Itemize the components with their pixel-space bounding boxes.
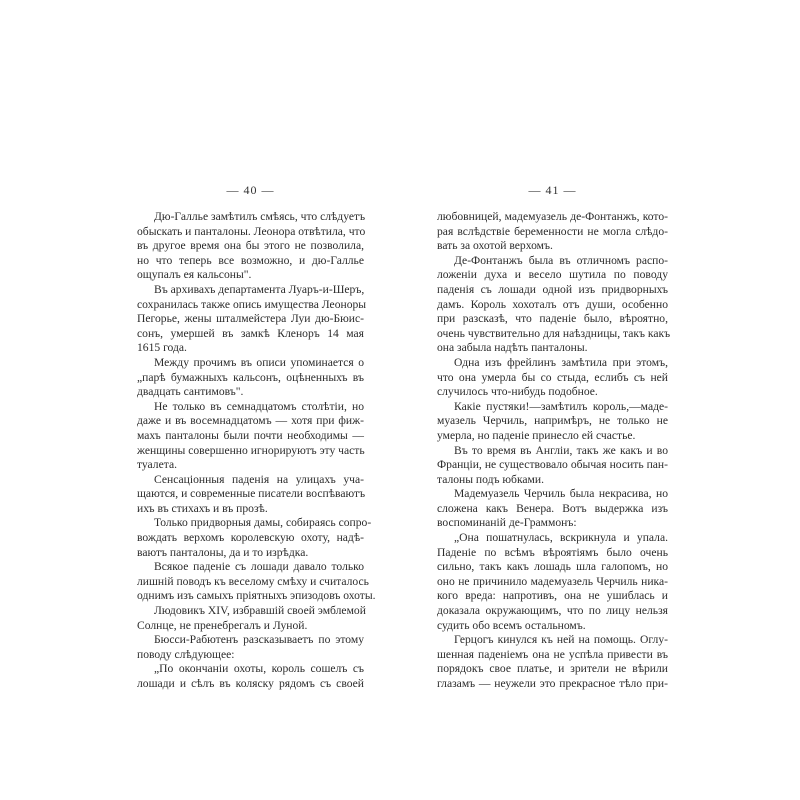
text-line: Только придворныя дамы, собираясь сопро- bbox=[137, 516, 364, 531]
text-line: любовницей, мадемуазель де-Фонтанжъ, кот… bbox=[437, 210, 668, 225]
text-line: Въ архивахъ департамента Луаръ-и-Шеръ, bbox=[137, 283, 364, 298]
text-line: вать за охотой верхомъ. bbox=[437, 239, 668, 254]
text-line: сонъ, умершей въ замкѣ Кленоръ 14 мая bbox=[137, 327, 364, 342]
text-line: однимъ изъ самыхъ пріятныхъ эпизодовъ ох… bbox=[137, 589, 364, 604]
text-line: „парѣ бумажныхъ кальсонъ, оцѣненныхъ въ bbox=[137, 371, 364, 386]
text-line: рая вслѣдствіе беременности не могла слѣ… bbox=[437, 225, 668, 240]
text-line: въ другое время она бы этого не позволил… bbox=[137, 239, 364, 254]
text-line: Въ то время въ Англіи, такъ же какъ и во bbox=[437, 444, 668, 459]
text-line: талоны подъ юбками. bbox=[437, 473, 668, 488]
text-line: женщины совершенно игнорируютъ эту часть bbox=[137, 444, 364, 459]
page-body: Дю-Галлье замѣтилъ смѣясь, что слѣдуетъо… bbox=[137, 210, 364, 692]
text-line: двадцать сантимовъ". bbox=[137, 385, 364, 400]
text-line: сильно, такъ какъ лошадь шла галопомъ, н… bbox=[437, 560, 668, 575]
page-number: — 40 — bbox=[137, 183, 364, 198]
text-line: Солнце, не пренебрегалъ и Луной. bbox=[137, 619, 364, 634]
text-line: щаются, и современные писатели воспѣвают… bbox=[137, 487, 364, 502]
text-line: при разсказѣ, что паденіе было, вѣроятно… bbox=[437, 312, 668, 327]
text-line: 1615 года. bbox=[137, 341, 364, 356]
text-line: ваютъ панталоны, да и то изрѣдка. bbox=[137, 546, 364, 561]
text-line: ощупалъ ея кальсоны". bbox=[137, 268, 364, 283]
text-line: даже и въ восемнадцатомъ — хотя при фиж- bbox=[137, 414, 364, 429]
text-line: но что теперь все возможно, и дю-Галлье bbox=[137, 254, 364, 269]
text-line: Пегорье, жены шталмейстера Луи дю-Бюис- bbox=[137, 312, 364, 327]
text-line: Не только въ семнадцатомъ столѣтіи, но bbox=[137, 400, 364, 415]
text-line: Между прочимъ въ описи упоминается о bbox=[137, 356, 364, 371]
text-line: Бюсси-Рабютенъ разсказываетъ по этому bbox=[137, 633, 364, 648]
text-line: Герцогъ кинулся къ ней на помощь. Оглу- bbox=[437, 633, 668, 648]
text-line: кого вреда: напротивъ, она не ушиблась и bbox=[437, 589, 668, 604]
text-line: Паденіе по всѣмъ вѣроятіямъ было очень bbox=[437, 546, 668, 561]
text-line: Какіе пустяки!—замѣтилъ король,—маде- bbox=[437, 400, 668, 415]
text-line: обыскать и панталоны. Леонора отвѣтила, … bbox=[137, 225, 364, 240]
left-page: — 40 — Дю-Галлье замѣтилъ смѣясь, что сл… bbox=[137, 0, 364, 800]
text-line: туалета. bbox=[137, 458, 364, 473]
text-line: Сенсаціонныя паденія на улицахъ уча- bbox=[137, 473, 364, 488]
text-line: глазамъ — неужели это прекрасное тѣло пр… bbox=[437, 677, 668, 692]
text-line: Всякое паденіе съ лошади давало только bbox=[137, 560, 364, 575]
text-line: порядокъ свое платье, и зрители не вѣрил… bbox=[437, 662, 668, 677]
page-number: — 41 — bbox=[437, 183, 668, 198]
text-line: доказала окружающимъ, что по лицу нельзя bbox=[437, 604, 668, 619]
text-line: Мадемуазель Черчиль была некрасива, но bbox=[437, 487, 668, 502]
text-line: Людовикъ XIV, избравшій своей эмблемой bbox=[137, 604, 364, 619]
text-line: лошади и сѣлъ въ коляску рядомъ съ своей bbox=[137, 677, 364, 692]
text-line: судить обо всемъ остальномъ. bbox=[437, 619, 668, 634]
text-line: „По окончаніи охоты, король сошелъ съ bbox=[137, 662, 364, 677]
page-body: любовницей, мадемуазель де-Фонтанжъ, кот… bbox=[437, 210, 668, 692]
text-line: поводу слѣдующее: bbox=[137, 648, 364, 663]
text-line: умерла, но паденіе принесло ей счастье. bbox=[437, 429, 668, 444]
text-line: лишній поводъ къ веселому смѣху и считал… bbox=[137, 575, 364, 590]
text-line: „Она пошатнулась, вскрикнула и упала. bbox=[437, 531, 668, 546]
text-line: очень чувствительно для наѣздницы, такъ … bbox=[437, 327, 668, 342]
text-line: Одна изъ фрейлинъ замѣтила при этомъ, bbox=[437, 356, 668, 371]
text-line: случилось что-нибудь подобное. bbox=[437, 385, 668, 400]
text-line: ихъ въ стихахъ и въ прозѣ. bbox=[137, 502, 364, 517]
text-line: паденія съ лошади одной изъ придворныхъ bbox=[437, 283, 668, 298]
right-page: — 41 — любовницей, мадемуазель де-Фонтан… bbox=[437, 0, 668, 800]
text-line: ложеніи духа и весело шутила по поводу bbox=[437, 268, 668, 283]
text-line: дамъ. Король хохоталъ отъ души, особенно bbox=[437, 298, 668, 313]
text-line: она забыла надѣть панталоны. bbox=[437, 341, 668, 356]
text-line: сложена какъ Венера. Вотъ выдержка изъ bbox=[437, 502, 668, 517]
text-line: Де-Фонтанжъ была въ отличномъ распо- bbox=[437, 254, 668, 269]
text-line: сохранилась также опись имущества Леонор… bbox=[137, 298, 364, 313]
text-line: оно не причинило мадемуазель Черчиль ник… bbox=[437, 575, 668, 590]
text-line: вождать верхомъ королевскую охоту, надѣ- bbox=[137, 531, 364, 546]
text-line: шенная паденіемъ она не успѣла привести … bbox=[437, 648, 668, 663]
text-line: махъ панталоны были почти необходимы — bbox=[137, 429, 364, 444]
text-line: Дю-Галлье замѣтилъ смѣясь, что слѣдуетъ bbox=[137, 210, 364, 225]
text-line: что она умерла бы со стыда, еслибъ съ не… bbox=[437, 371, 668, 386]
text-line: муазель Черчиль, напримѣръ, не только не bbox=[437, 414, 668, 429]
text-line: Франціи, не существовало обычая носить п… bbox=[437, 458, 668, 473]
text-line: воспоминаній де-Граммонъ: bbox=[437, 516, 668, 531]
